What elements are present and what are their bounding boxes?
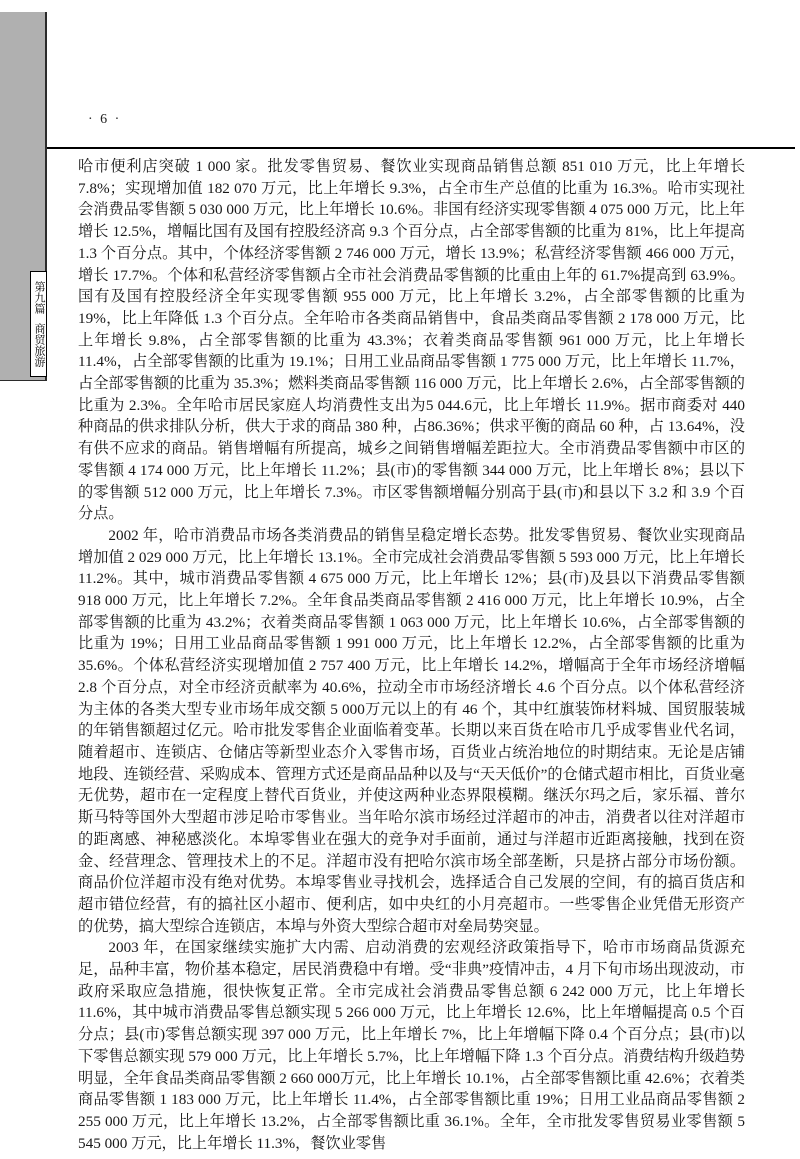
paragraph-2003: 2003 年，在国家继续实施扩大内需、启动消费的宏观经济政策指导下，哈市市场商品…: [78, 937, 745, 1154]
paragraph-2002: 2002 年，哈市消费品市场各类消费品的销售呈稳定增长态势。批发零售贸易、餐饮业…: [78, 525, 745, 937]
header-rule: [47, 147, 795, 149]
chapter-tab-volume-label: 第九篇: [31, 281, 46, 314]
paragraph-2001-continuation: 哈市便利店突破 1 000 家。批发零售贸易、餐饮业实现商品销售总额 851 0…: [78, 156, 745, 525]
chapter-tab-title-label: 商贸旅游: [31, 323, 46, 367]
chapter-tab: 第九篇 商贸旅游: [30, 271, 47, 377]
book-page: 第九篇 商贸旅游 · 6 · 哈市便利店突破 1 000 家。批发零售贸易、餐饮…: [0, 0, 800, 1159]
main-text: 哈市便利店突破 1 000 家。批发零售贸易、餐饮业实现商品销售总额 851 0…: [78, 156, 745, 1154]
page-number: · 6 ·: [88, 112, 121, 128]
